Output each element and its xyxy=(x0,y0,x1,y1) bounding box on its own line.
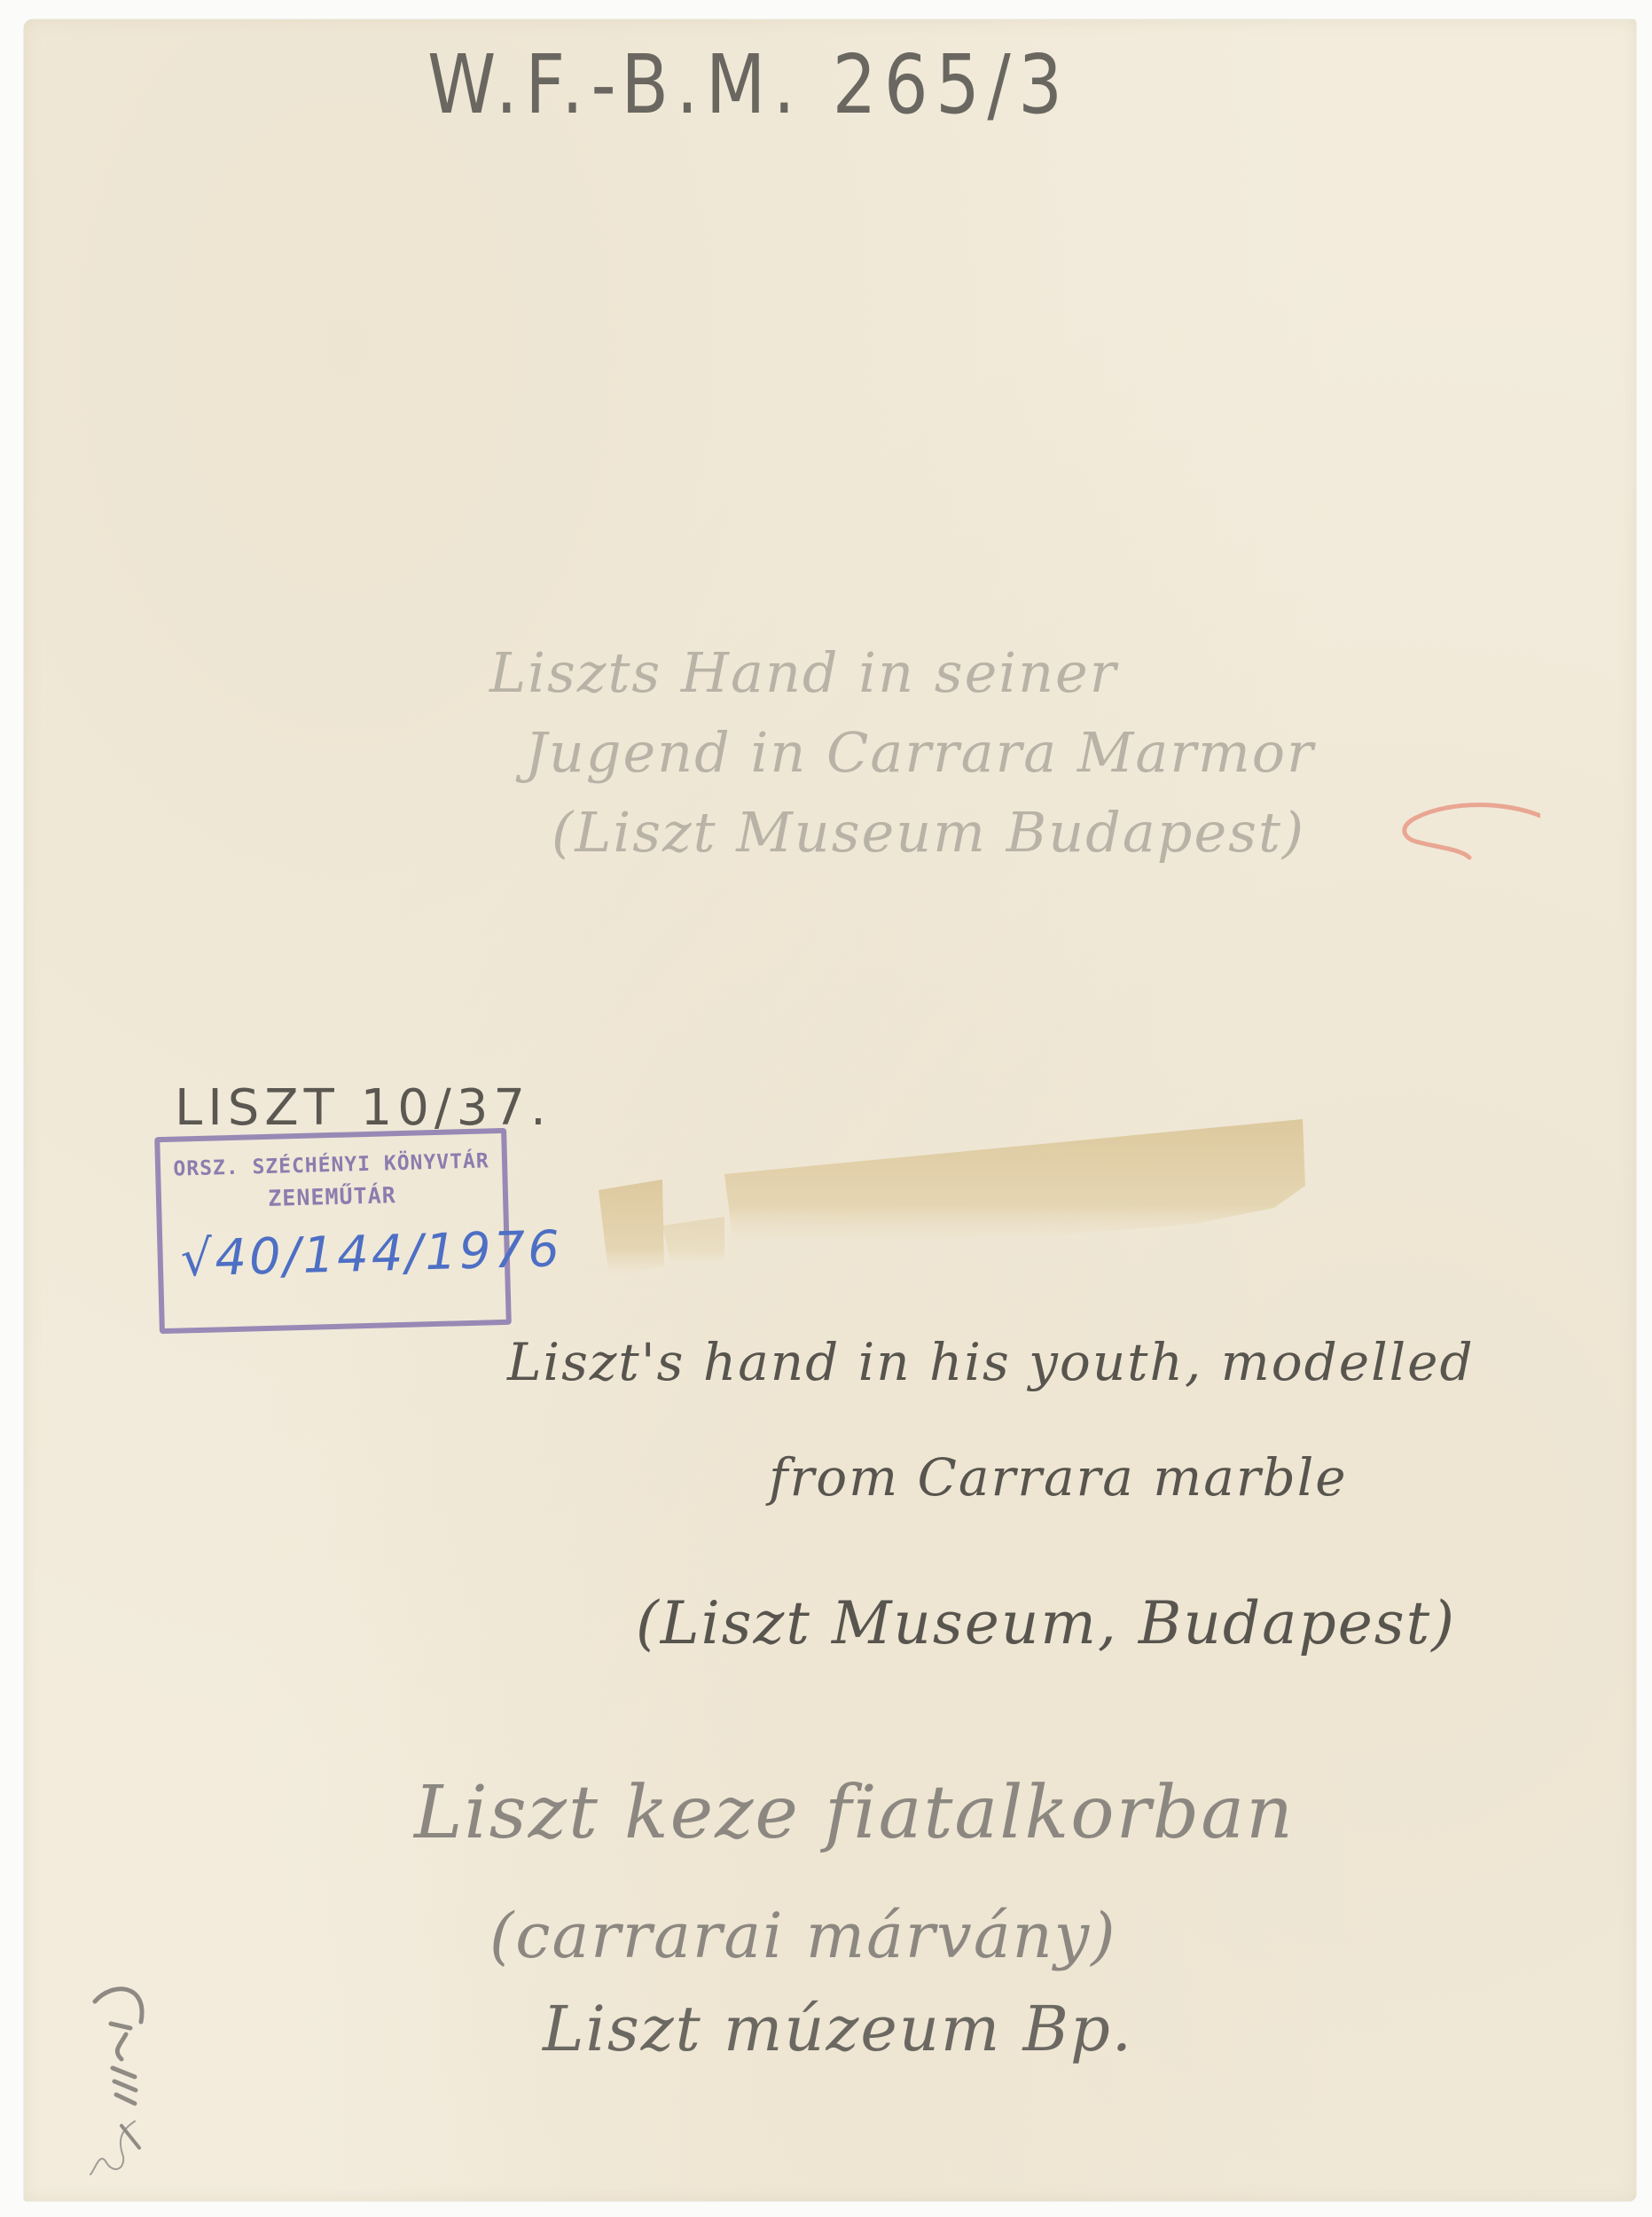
english-caption-line-1: Liszt's hand in his youth, modelled xyxy=(507,1332,1475,1392)
side-note xyxy=(86,1979,157,2183)
english-caption-line-3: (Liszt Museum, Budapest) xyxy=(636,1589,1456,1657)
red-crayon-mark-icon xyxy=(1381,795,1540,866)
hungarian-caption-line-1: Liszt keze fiatalkorban xyxy=(414,1771,1295,1855)
side-note-handwriting-icon xyxy=(86,1979,157,2183)
catalog-number: W.F.-B.M. 265/3 xyxy=(427,37,1069,132)
hungarian-caption-line-2: (carrarai márvány) xyxy=(489,1900,1117,1972)
stamp-accession-number: √40/144/1976 xyxy=(180,1220,563,1288)
tape-stain-icon xyxy=(574,1084,1354,1297)
stamp-department: ZENEMŰTÁR xyxy=(161,1179,504,1214)
photo-card-verso: W.F.-B.M. 265/3 Liszts Hand in seiner Ju… xyxy=(24,20,1636,2201)
english-caption-line-2: from Carrara marble xyxy=(769,1447,1348,1508)
german-caption-line-1: Liszts Hand in seiner xyxy=(489,640,1117,705)
stamp-library-name: ORSZ. SZÉCHÉNYI KÖNYVTÁR xyxy=(161,1149,503,1181)
library-stamp: ORSZ. SZÉCHÉNYI KÖNYVTÁR ZENEMŰTÁR √40/1… xyxy=(154,1128,512,1334)
german-caption-line-2: Jugend in Carrara Marmor xyxy=(525,720,1315,785)
german-caption-line-3: (Liszt Museum Budapest) xyxy=(552,800,1305,865)
hungarian-caption-line-3: Liszt múzeum Bp. xyxy=(543,1993,1133,2065)
